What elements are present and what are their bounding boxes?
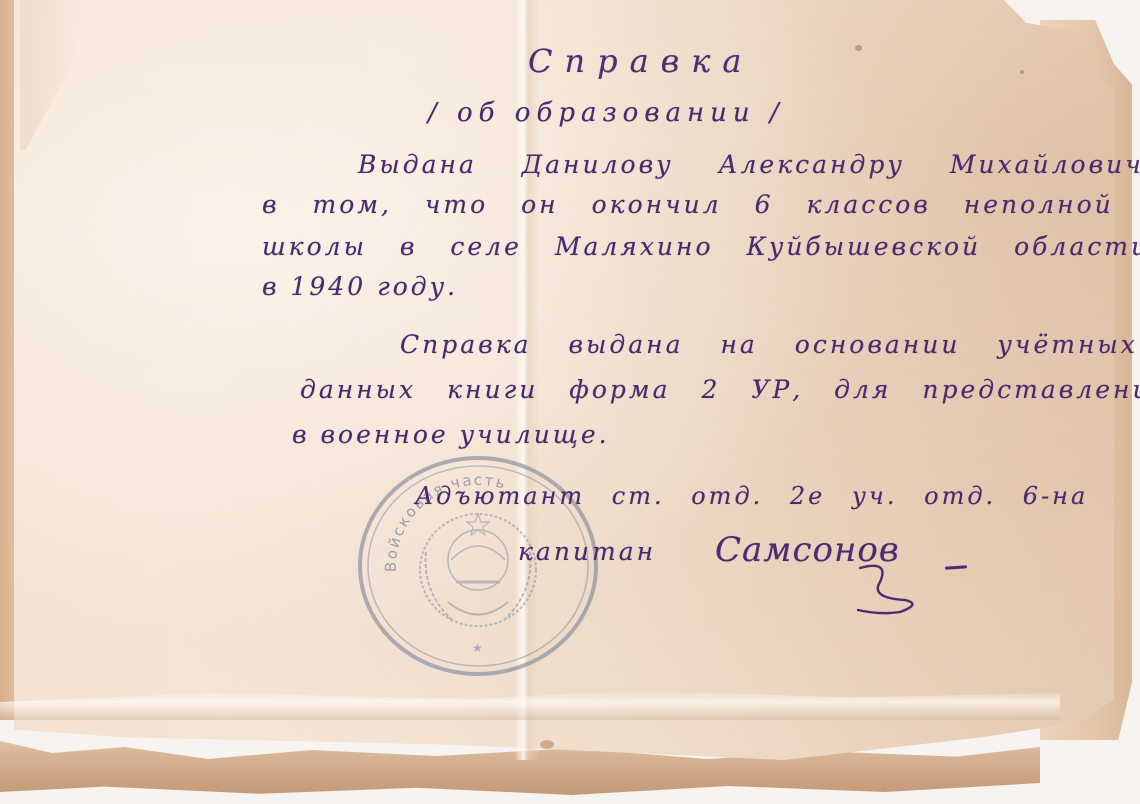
document-subtitle: / об образовании / — [428, 98, 785, 128]
signatory-position: Адъютант ст. отд. 2е уч. отд. 6-на — [415, 482, 1088, 510]
signatory-rank: капитан — [518, 537, 656, 566]
basis-line-3: в военное училище. — [292, 420, 610, 449]
basis-line-1: Справка выдана на основании учётных — [400, 330, 1138, 359]
body-line-1: Выдана Данилову Александру Михайловичу — [358, 150, 1140, 179]
body-line-4: в 1940 году. — [262, 272, 458, 301]
coat-of-arms-icon — [420, 514, 536, 626]
body-line-3: школы в селе Маляхино Куйбышевской облас… — [262, 232, 1140, 261]
stain-spot — [540, 740, 554, 749]
basis-line-2: данных книги форма 2 УР, для представлен… — [300, 375, 1140, 404]
body-line-2: в том, что он окончил 6 классов неполной… — [262, 190, 1140, 219]
document-photo: Войсковая часть ★ Справка / об образован… — [0, 0, 1140, 804]
signature-flourish-icon — [850, 560, 930, 615]
stain-spot — [1020, 70, 1024, 74]
stain-spot — [855, 45, 862, 51]
svg-text:★: ★ — [472, 641, 483, 655]
document-title: Справка — [528, 42, 753, 80]
